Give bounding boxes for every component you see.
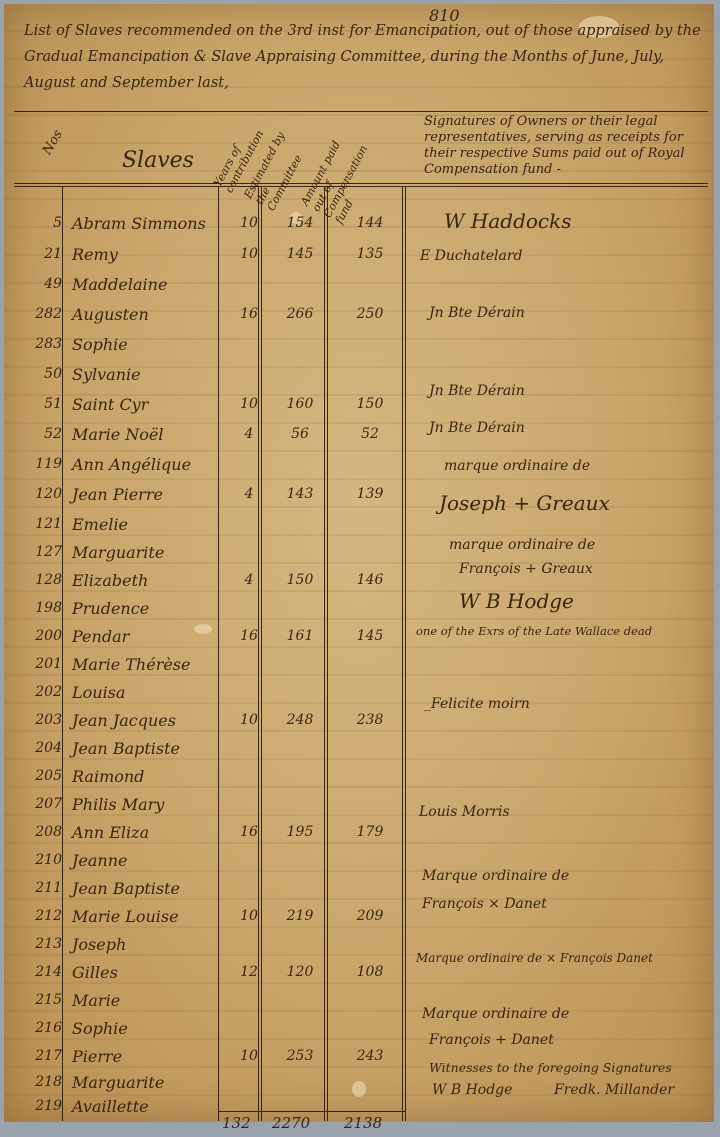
- column-header-slaves: Slaves: [122, 154, 194, 167]
- mark-of-owner: Joseph + Greaux: [439, 489, 720, 517]
- slave-number: 127: [12, 544, 62, 560]
- paid-value: 179: [339, 824, 401, 840]
- slave-number: 207: [12, 796, 62, 812]
- slave-number: 282: [12, 306, 62, 322]
- slave-number: 213: [12, 936, 62, 952]
- years-value: 10: [229, 908, 269, 924]
- slave-name: Sophie: [72, 1019, 128, 1038]
- table-row: 127Marguarite: [4, 540, 414, 567]
- slave-name: Abram Simmons: [72, 214, 206, 233]
- slave-name: Augusten: [72, 305, 149, 324]
- slave-name: Remy: [72, 245, 118, 264]
- owner-signature: Louis Morris: [419, 798, 714, 826]
- years-value: 12: [229, 964, 269, 980]
- slave-number: 211: [12, 880, 62, 896]
- paid-value: 108: [339, 964, 401, 980]
- mark-of-owner: François × Danet: [422, 890, 717, 918]
- table-row: 204Jean Baptiste: [4, 736, 414, 763]
- slave-name: Marguarite: [72, 1073, 164, 1092]
- mark-of-owner: Marque ordinaire de: [422, 862, 717, 890]
- estimated-value: 143: [274, 486, 326, 502]
- slave-name: Jean Baptiste: [72, 739, 180, 758]
- estimated-value: 248: [274, 712, 326, 728]
- table-row: 218Marguarite: [4, 1070, 414, 1097]
- mark-of-owner: marque ordinaire de: [444, 452, 720, 480]
- witness-signature: Fredk. Millander: [554, 1076, 720, 1104]
- slave-name: Ann Angélique: [72, 455, 191, 474]
- estimated-value: 161: [274, 628, 326, 644]
- table-row: 200Pendar16161145: [4, 624, 414, 651]
- estimated-value: 195: [274, 824, 326, 840]
- table-row: 208Ann Eliza16195179: [4, 820, 414, 847]
- slave-number: 283: [12, 336, 62, 352]
- slave-name: Jean Baptiste: [72, 879, 180, 898]
- slave-name: Pendar: [72, 627, 129, 646]
- mark-of-owner: Marque ordinaire de: [422, 1000, 717, 1028]
- table-row: 205Raimond: [4, 764, 414, 791]
- paid-value: 144: [339, 215, 401, 231]
- slave-name: Sylvanie: [72, 365, 141, 384]
- paid-value: 238: [339, 712, 401, 728]
- estimated-value: 160: [274, 396, 326, 412]
- slave-number: 200: [12, 628, 62, 644]
- years-value: 10: [229, 396, 269, 412]
- slave-name: Maddelaine: [72, 275, 167, 294]
- slave-name: Ann Eliza: [72, 823, 149, 842]
- document-title: List of Slaves recommended on the 3rd in…: [24, 18, 704, 96]
- paid-value: 250: [339, 306, 401, 322]
- years-value: 10: [229, 246, 269, 262]
- slave-name: Joseph: [72, 935, 126, 954]
- total-paid: 2138: [344, 1114, 382, 1132]
- table-row: 203Jean Jacques10248238: [4, 708, 414, 735]
- table-row: 211Jean Baptiste: [4, 876, 414, 903]
- slave-number: 203: [12, 712, 62, 728]
- table-row: 207Philis Mary: [4, 792, 414, 819]
- table-row: 202Louisa: [4, 680, 414, 707]
- years-value: 16: [229, 306, 269, 322]
- table-row: 121Emelie: [4, 512, 414, 539]
- slave-number: 5: [12, 215, 62, 231]
- years-value: 4: [229, 426, 269, 442]
- owner-signature: Jn Bte Dérain: [429, 299, 720, 327]
- slave-number: 216: [12, 1020, 62, 1036]
- table-row: 283Sophie: [4, 332, 414, 359]
- owner-signature-note: one of the Exrs of the Late Wallace dead: [416, 617, 711, 645]
- table-row: 198Prudence: [4, 596, 414, 623]
- estimated-value: 56: [274, 426, 326, 442]
- table-row: 212Marie Louise10219209: [4, 904, 414, 931]
- mark-of-owner: François + Danet: [429, 1026, 720, 1054]
- table-row: 50Sylvanie: [4, 362, 414, 389]
- slave-number: 50: [12, 366, 62, 382]
- years-value: 10: [229, 712, 269, 728]
- estimated-value: 120: [274, 964, 326, 980]
- paid-value: 52: [339, 426, 401, 442]
- table-row: 213Joseph: [4, 932, 414, 959]
- slave-name: Marie Thérèse: [72, 655, 190, 674]
- paid-value: 243: [339, 1048, 401, 1064]
- table-row: 51Saint Cyr10160150: [4, 392, 414, 419]
- slave-number: 215: [12, 992, 62, 1008]
- table-row: 282Augusten16266250: [4, 302, 414, 329]
- paid-value: 145: [339, 628, 401, 644]
- table-row: 215Marie: [4, 988, 414, 1015]
- owner-signature: _Felicite moirn: [424, 690, 719, 718]
- years-value: 4: [229, 572, 269, 588]
- table-row: 217Pierre10253243: [4, 1044, 414, 1071]
- table-row: 128Elizabeth4150146: [4, 568, 414, 595]
- totals-rule: [218, 1111, 406, 1112]
- slave-name: Philis Mary: [72, 795, 164, 814]
- slave-name: Jean Pierre: [72, 485, 163, 504]
- paid-value: 135: [339, 246, 401, 262]
- slave-number: 201: [12, 656, 62, 672]
- total-years: 132: [222, 1114, 251, 1132]
- owner-signature: Jn Bte Dérain: [429, 377, 720, 405]
- slave-number: 198: [12, 600, 62, 616]
- table-row: 210Jeanne: [4, 848, 414, 875]
- slave-name: Gilles: [72, 963, 118, 982]
- paid-value: 139: [339, 486, 401, 502]
- slave-name: Marguarite: [72, 543, 164, 562]
- slave-number: 119: [12, 456, 62, 472]
- slave-number: 202: [12, 684, 62, 700]
- years-value: 4: [229, 486, 269, 502]
- owner-signature: W B Hodge: [459, 587, 720, 615]
- years-value: 10: [229, 1048, 269, 1064]
- slave-name: Jeanne: [72, 851, 128, 870]
- slave-name: Pierre: [72, 1047, 122, 1066]
- slave-number: 128: [12, 572, 62, 588]
- years-value: 10: [229, 215, 269, 231]
- years-value: 16: [229, 824, 269, 840]
- slave-number: 214: [12, 964, 62, 980]
- owner-signature: E Duchatelard: [420, 242, 715, 270]
- slave-number: 217: [12, 1048, 62, 1064]
- mark-of-owner: Marque ordinaire de × François Danet: [416, 944, 711, 972]
- slave-number: 52: [12, 426, 62, 442]
- slave-name: Marie Noël: [72, 425, 163, 444]
- slave-number: 49: [12, 276, 62, 292]
- slave-name: Availlette: [72, 1097, 149, 1116]
- table-row: 52Marie Noël45652: [4, 422, 414, 449]
- table-row: 216Sophie: [4, 1016, 414, 1043]
- total-estimated: 2270: [272, 1114, 310, 1132]
- owner-signature: W Haddocks: [444, 207, 720, 235]
- slave-number: 219: [12, 1098, 62, 1114]
- paid-value: 209: [339, 908, 401, 924]
- slave-name: Raimond: [72, 767, 144, 786]
- slave-name: Jean Jacques: [72, 711, 176, 730]
- table-row: 5Abram Simmons10154144: [4, 211, 414, 238]
- slave-number: 218: [12, 1074, 62, 1090]
- estimated-value: 150: [274, 572, 326, 588]
- slave-number: 205: [12, 768, 62, 784]
- column-header-signatures: Signatures of Owners or their legal repr…: [424, 114, 704, 178]
- years-value: 16: [229, 628, 269, 644]
- table-row: 21Remy10145135: [4, 242, 414, 269]
- ledger-page: 810 List of Slaves recommended on the 3r…: [4, 4, 714, 1122]
- table-row: 214Gilles12120108: [4, 960, 414, 987]
- table-row: 201Marie Thérèse: [4, 652, 414, 679]
- table-row: 119Ann Angélique: [4, 452, 414, 479]
- estimated-value: 253: [274, 1048, 326, 1064]
- slave-number: 21: [12, 246, 62, 262]
- slave-name: Elizabeth: [72, 571, 148, 590]
- table-row: 120Jean Pierre4143139: [4, 482, 414, 509]
- slave-number: 210: [12, 852, 62, 868]
- slave-name: Louisa: [72, 683, 125, 702]
- slave-name: Emelie: [72, 515, 128, 534]
- slave-number: 208: [12, 824, 62, 840]
- estimated-value: 145: [274, 246, 326, 262]
- slave-name: Prudence: [72, 599, 149, 618]
- slave-name: Saint Cyr: [72, 395, 148, 414]
- slave-number: 204: [12, 740, 62, 756]
- estimated-value: 154: [274, 215, 326, 231]
- paid-value: 146: [339, 572, 401, 588]
- header-top-rule: [14, 111, 708, 112]
- slave-number: 120: [12, 486, 62, 502]
- slave-number: 51: [12, 396, 62, 412]
- estimated-value: 219: [274, 908, 326, 924]
- slave-number: 121: [12, 516, 62, 532]
- estimated-value: 266: [274, 306, 326, 322]
- slave-name: Marie: [72, 991, 120, 1010]
- paid-value: 150: [339, 396, 401, 412]
- slave-name: Marie Louise: [72, 907, 179, 926]
- mark-of-owner: François + Greaux: [459, 555, 720, 583]
- table-row: 49Maddelaine: [4, 272, 414, 299]
- owner-signature: Jn Bte Dérain: [429, 414, 720, 442]
- slave-name: Sophie: [72, 335, 128, 354]
- slave-number: 212: [12, 908, 62, 924]
